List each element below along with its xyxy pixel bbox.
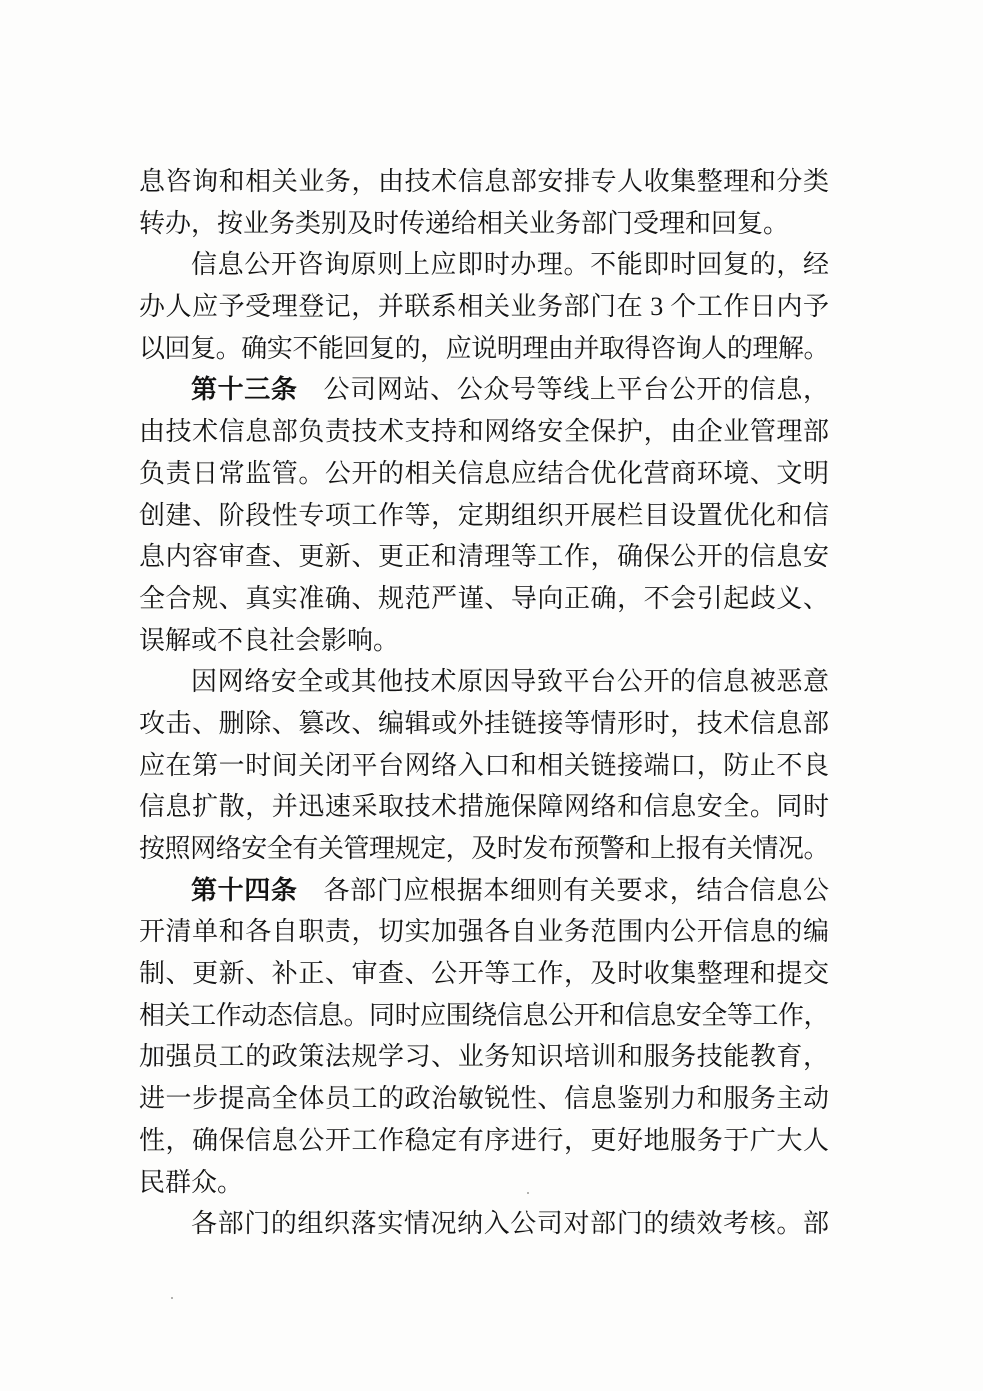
article-number: 第十三条 xyxy=(191,375,298,404)
text-line: 由技术信息部负责技术支持和网络安全保护，由企业管理部 xyxy=(139,411,829,453)
text-line: 进一步提高全体员工的政治敏锐性、信息鉴别力和服务主动 xyxy=(139,1078,829,1120)
text-line-content: 由技术信息部负责技术支持和网络安全保护，由企业管理部 xyxy=(139,417,829,446)
text-line-content: 公司网站、公众号等线上平台公开的信息， xyxy=(324,375,829,404)
text-line-content: 制、更新、补正、审查、公开等工作，及时收集整理和提交 xyxy=(139,959,829,988)
text-line: 攻击、删除、篡改、编辑或外挂链接等情形时，技术信息部 xyxy=(139,703,829,745)
document-text: 息咨询和相关业务，由技术信息部安排专人收集整理和分类转办，按业务类别及时传递给相… xyxy=(139,161,829,1245)
text-line: 制、更新、补正、审查、公开等工作，及时收集整理和提交 xyxy=(139,953,829,995)
text-line: 开清单和各自职责，切实加强各自业务范围内公开信息的编 xyxy=(139,911,829,953)
text-line-content: 创建、阶段性专项工作等，定期组织开展栏目设置优化和信 xyxy=(139,501,829,530)
text-line-content: 各部门的组织落实情况纳入公司对部门的绩效考核。部 xyxy=(191,1209,829,1238)
text-line: 办人应予受理登记，并联系相关业务部门在 3 个工作日内予 xyxy=(139,286,829,328)
text-line: 负责日常监管。公开的相关信息应结合优化营商环境、文明 xyxy=(139,453,829,495)
text-line: 误解或不良社会影响。 xyxy=(139,620,829,662)
text-line-content: 加强员工的政策法规学习、业务知识培训和服务技能教育， xyxy=(139,1042,829,1071)
text-line-content: 信息扩散，并迅速采取技术措施保障网络和信息安全。同时 xyxy=(139,792,829,821)
text-line: 第十三条公司网站、公众号等线上平台公开的信息， xyxy=(139,369,829,411)
text-line: 相关工作动态信息。同时应围绕信息公开和信息安全等工作， xyxy=(139,995,829,1037)
scan-speck xyxy=(527,1192,529,1194)
article-number: 第十四条 xyxy=(191,876,298,905)
text-line: 息咨询和相关业务，由技术信息部安排专人收集整理和分类 xyxy=(139,161,829,203)
text-line: 各部门的组织落实情况纳入公司对部门的绩效考核。部 xyxy=(139,1203,829,1245)
scan-speck xyxy=(171,1297,173,1299)
scan-speck xyxy=(674,811,677,813)
text-line-content: 以回复。确实不能回复的，应说明理由并取得咨询人的理解。 xyxy=(139,334,829,363)
text-line-content: 误解或不良社会影响。 xyxy=(139,626,399,655)
text-line-content: 各部门应根据本细则有关要求，结合信息公 xyxy=(324,876,829,905)
text-line-content: 民群众。 xyxy=(139,1168,243,1197)
text-line-content: 负责日常监管。公开的相关信息应结合优化营商环境、文明 xyxy=(139,459,829,488)
text-line-content: 全合规、真实准确、规范严谨、导向正确，不会引起歧义、 xyxy=(139,584,829,613)
text-line: 民群众。 xyxy=(139,1162,829,1204)
text-line: 第十四条各部门应根据本细则有关要求，结合信息公 xyxy=(139,870,829,912)
text-line-content: 应在第一时间关闭平台网络入口和相关链接端口，防止不良 xyxy=(139,751,829,780)
text-line-content: 攻击、删除、篡改、编辑或外挂链接等情形时，技术信息部 xyxy=(139,709,829,738)
text-line: 按照网络安全有关管理规定，及时发布预警和上报有关情况。 xyxy=(139,828,829,870)
text-line: 加强员工的政策法规学习、业务知识培训和服务技能教育， xyxy=(139,1036,829,1078)
text-line-content: 开清单和各自职责，切实加强各自业务范围内公开信息的编 xyxy=(139,917,829,946)
text-line: 全合规、真实准确、规范严谨、导向正确，不会引起歧义、 xyxy=(139,578,829,620)
text-line-content: 息内容审查、更新、更正和清理等工作，确保公开的信息安 xyxy=(139,542,829,571)
text-line: 应在第一时间关闭平台网络入口和相关链接端口，防止不良 xyxy=(139,745,829,787)
text-line: 息内容审查、更新、更正和清理等工作，确保公开的信息安 xyxy=(139,536,829,578)
text-line-content: 息咨询和相关业务，由技术信息部安排专人收集整理和分类 xyxy=(139,167,829,196)
text-line: 以回复。确实不能回复的，应说明理由并取得咨询人的理解。 xyxy=(139,328,829,370)
text-line-content: 办人应予受理登记，并联系相关业务部门在 3 个工作日内予 xyxy=(139,292,829,321)
text-line: 因网络安全或其他技术原因导致平台公开的信息被恶意 xyxy=(139,661,829,703)
text-line-content: 按照网络安全有关管理规定，及时发布预警和上报有关情况。 xyxy=(139,834,829,863)
text-line-content: 性，确保信息公开工作稳定有序进行，更好地服务于广大人 xyxy=(139,1126,829,1155)
text-line: 信息扩散，并迅速采取技术措施保障网络和信息安全。同时 xyxy=(139,786,829,828)
text-line-content: 信息公开咨询原则上应即时办理。不能即时回复的，经 xyxy=(191,250,829,279)
text-line: 转办，按业务类别及时传递给相关业务部门受理和回复。 xyxy=(139,203,829,245)
text-line: 性，确保信息公开工作稳定有序进行，更好地服务于广大人 xyxy=(139,1120,829,1162)
text-line-content: 因网络安全或其他技术原因导致平台公开的信息被恶意 xyxy=(191,667,829,696)
document-page: 息咨询和相关业务，由技术信息部安排专人收集整理和分类转办，按业务类别及时传递给相… xyxy=(0,0,983,1391)
text-line-content: 进一步提高全体员工的政治敏锐性、信息鉴别力和服务主动 xyxy=(139,1084,829,1113)
text-line: 信息公开咨询原则上应即时办理。不能即时回复的，经 xyxy=(139,244,829,286)
text-line: 创建、阶段性专项工作等，定期组织开展栏目设置优化和信 xyxy=(139,495,829,537)
text-line-content: 转办，按业务类别及时传递给相关业务部门受理和回复。 xyxy=(139,209,789,238)
text-line-content: 相关工作动态信息。同时应围绕信息公开和信息安全等工作， xyxy=(139,1001,829,1030)
